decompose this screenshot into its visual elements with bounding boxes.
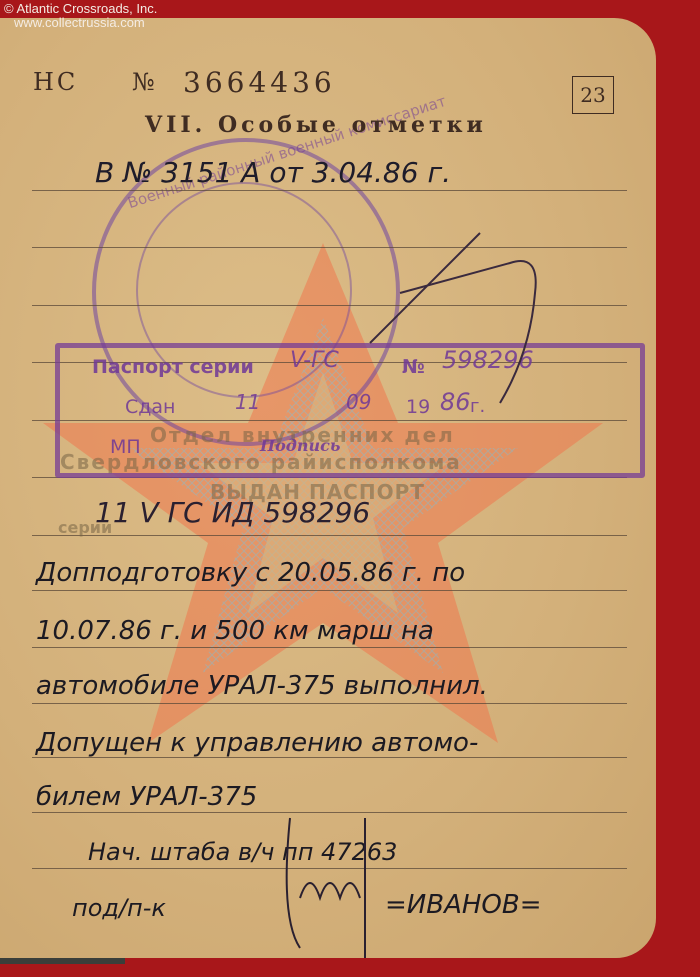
entry-admission-line-2: билем УРАЛ-375 [36, 782, 257, 812]
commander-signature-icon [280, 798, 400, 958]
entry-training-line-2: 10.07.86 г. и 500 км марш на [36, 616, 434, 646]
ruled-line [32, 190, 627, 191]
passport-series-label: Паспорт серии [92, 356, 254, 378]
signer-name: =ИВАНОВ= [385, 890, 542, 920]
number-sign: № [132, 68, 155, 96]
ruled-line [32, 535, 627, 536]
copyright-watermark: © Atlantic Crossroads, Inc. www.collectr… [4, 2, 157, 30]
signature-label: Подпись [260, 436, 340, 455]
ruled-line [32, 703, 627, 704]
entry-passport-line: 11 V ГС ИД 598296 [95, 496, 370, 529]
signature-scribble-icon [360, 213, 560, 413]
document-series: НС [33, 68, 78, 96]
ruled-line [32, 647, 627, 648]
rank-label: под/п-к [72, 894, 166, 922]
issued-day: 11 [235, 390, 260, 414]
watermark-line-1: © Atlantic Crossroads, Inc. [4, 2, 157, 16]
passport-series-value: V-ГС [290, 348, 339, 373]
entry-training-line-3: автомобиле УРАЛ-375 выполнил. [36, 671, 488, 701]
issued-label: Сдан [125, 396, 175, 418]
page-number-box: 23 [572, 76, 614, 114]
section-title: VII. Особые отметки [145, 112, 487, 138]
entry-order-line: В № 3151 А от 3.04.86 г. [95, 156, 451, 189]
mp-label: МП [110, 436, 141, 458]
watermark-line-2: www.collectrussia.com [4, 16, 157, 30]
document-page: Военный районный военный комиссариат НС … [0, 18, 656, 958]
ruled-line [32, 590, 627, 591]
entry-training-line-1: Допподготовку с 20.05.86 г. по [36, 558, 465, 588]
entry-admission-line-1: Допущен к управлению автомо- [36, 728, 478, 758]
binding-edge [0, 958, 125, 964]
document-number: 3664436 [183, 66, 336, 99]
